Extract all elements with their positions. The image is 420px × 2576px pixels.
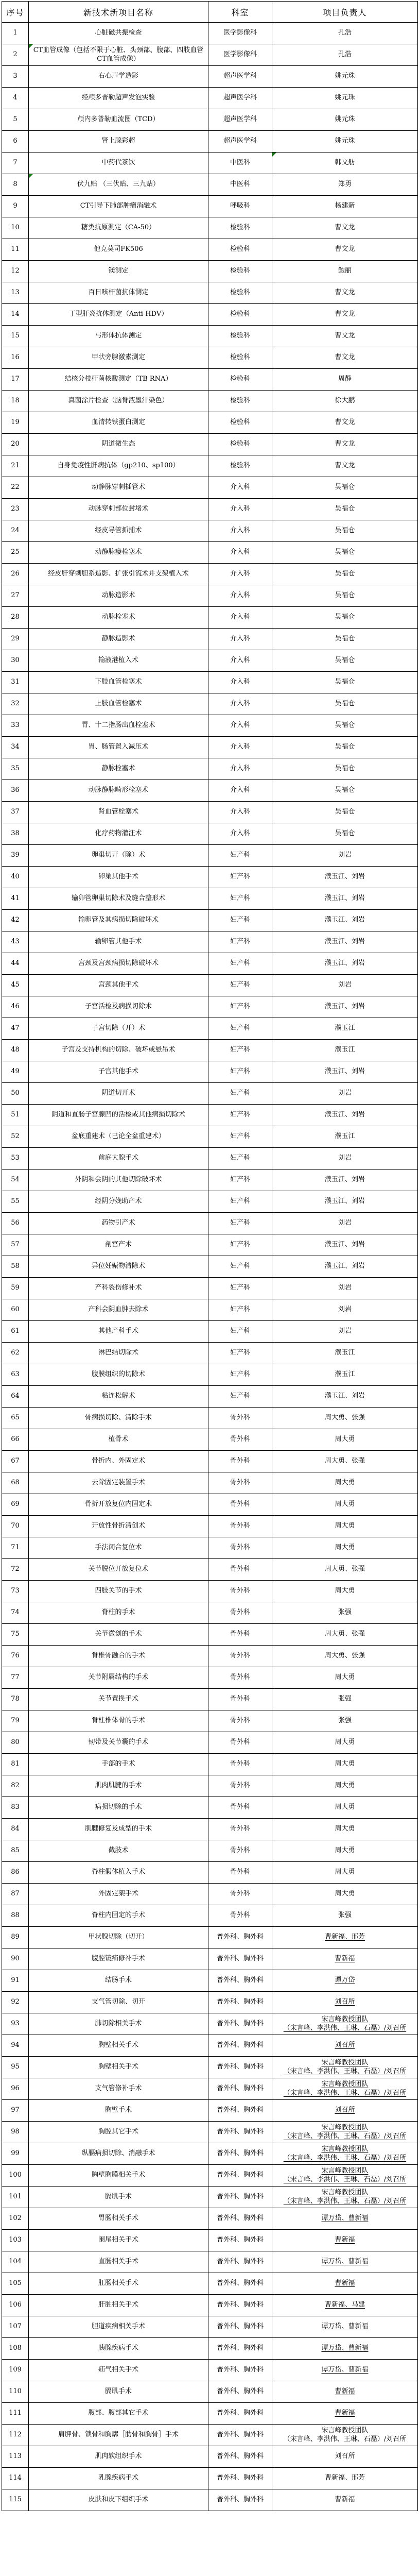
leader-cell: 周大勇、张强 <box>272 1646 418 1667</box>
leader-cell: 杨建新 <box>272 196 418 217</box>
project-name-cell: 手部的手术 <box>29 1754 208 1775</box>
leader-cell: 曹文龙 <box>272 455 418 477</box>
department-cell: 普外科、胸外科 <box>208 2446 272 2468</box>
leader-cell: 吴福仓 <box>272 499 418 520</box>
project-name-cell: 胸腔其它手术 <box>29 2122 208 2143</box>
leader-cell: 刘岩 <box>272 1213 418 1234</box>
leader-cell: 吴福仓 <box>272 542 418 564</box>
leader-cell: 刘召所 <box>272 1992 418 2013</box>
department-cell: 普外科、胸外科 <box>208 2316 272 2338</box>
leader-cell: 周静 <box>272 369 418 391</box>
table-row: 61其他产科手术妇产科刘岩 <box>2 1321 418 1343</box>
department-cell: 骨外科 <box>208 1537 272 1559</box>
table-row: 8伏九贴 （三伏贴、三九贴）中医科郑勇 <box>2 174 418 196</box>
row-index-cell: 2 <box>2 44 29 66</box>
project-name-cell: 右心声学造影 <box>29 66 208 88</box>
project-name-cell: 腹部、腹部其它手术 <box>29 2403 208 2425</box>
department-cell: 妇产科 <box>208 996 272 1018</box>
row-index-cell: 32 <box>2 693 29 715</box>
row-index-cell: 14 <box>2 304 29 326</box>
leader-cell: 韩文舫 <box>272 152 418 174</box>
table-row: 97胸壁手术普外科、胸外科刘召所 <box>2 2100 418 2122</box>
department-cell: 妇产科 <box>208 910 272 931</box>
project-name-cell: 动脉造影术 <box>29 585 208 607</box>
leader-cell: 吴福仓 <box>272 607 418 629</box>
project-name-cell: 阴道微生态 <box>29 434 208 455</box>
project-name-cell: 肾上腺彩超 <box>29 131 208 152</box>
row-index-cell: 73 <box>2 1581 29 1602</box>
leader-cell: 谭万岱、曹新福 <box>272 2251 418 2273</box>
leader-cell: 谭万岱、曹新福 <box>272 2360 418 2381</box>
table-body: 1心脏磁共振检查医学影像科孔浩2CT血管成像（包括不限于心脏、头颈部、腹部、四肢… <box>2 23 418 2511</box>
leader-cell: 曹新福 <box>272 2273 418 2295</box>
leader-cell: 周大勇 <box>272 1429 418 1451</box>
leader-cell: 姚元珠 <box>272 66 418 88</box>
table-row: 16甲状旁腺激素测定检验科曹文龙 <box>2 347 418 369</box>
department-cell: 普外科、胸外科 <box>208 2013 272 2035</box>
table-row: 113肌肉软组织手术普外科、胸外科刘召所 <box>2 2446 418 2468</box>
cell-comment-marker-icon <box>29 44 33 48</box>
table-row: 98胸腔其它手术普外科、胸外科宋言峰教授团队 （宋言峰、李洪伟、王琳、石磊）/刘… <box>2 2122 418 2143</box>
department-cell: 骨外科 <box>208 1581 272 1602</box>
table-row: 3右心声学造影超声医学科姚元珠 <box>2 66 418 88</box>
table-row: 2CT血管成像（包括不限于心脏、头颈部、腹部、四肢血管CT血管成像）医学影像科孔… <box>2 44 418 66</box>
department-cell: 妇产科 <box>208 1018 272 1040</box>
leader-cell: 濮玉江 <box>272 1018 418 1040</box>
project-name-cell: 肛肠相关手术 <box>29 2273 208 2295</box>
row-index-cell: 28 <box>2 607 29 629</box>
department-cell: 骨外科 <box>208 1797 272 1819</box>
project-name-cell: 心脏磁共振检查 <box>29 23 208 44</box>
project-name-cell: 肌肉肌腱的手术 <box>29 1775 208 1797</box>
row-index-cell: 25 <box>2 542 29 564</box>
leader-cell: 曹新福、邢芳 <box>272 2468 418 2489</box>
project-name-cell: 胃、肠管置入减压术 <box>29 737 208 758</box>
row-index-cell: 6 <box>2 131 29 152</box>
table-row: 64粘连松解术妇产科濮玉江、刘岩 <box>2 1386 418 1408</box>
department-cell: 普外科、胸外科 <box>208 2143 272 2165</box>
project-name-cell: 淋巴结切除术 <box>29 1343 208 1364</box>
project-name-cell: 动脉栓塞术 <box>29 607 208 629</box>
table-row: 21自身免疫性肝病抗体（gp210、sp100）检验科曹文龙 <box>2 455 418 477</box>
department-cell: 骨外科 <box>208 1710 272 1732</box>
leader-cell: 曹文龙 <box>272 239 418 261</box>
project-name-cell: 肝脏相关手术 <box>29 2295 208 2316</box>
leader-cell: 曹新福 <box>272 2381 418 2403</box>
table-row: 99纵膈病损切除、消融手术普外科、胸外科宋言峰教授团队 （宋言峰、李洪伟、王琳、… <box>2 2143 418 2165</box>
row-index-cell: 12 <box>2 261 29 282</box>
table-row: 22动静脉穿刺插管术介入科吴福仓 <box>2 477 418 499</box>
department-cell: 骨外科 <box>208 1559 272 1581</box>
table-row: 52盆底重建术（已论全盆重建术）妇产科濮玉江 <box>2 1126 418 1148</box>
header-leader: 项目负责人 <box>272 2 418 23</box>
department-cell: 妇产科 <box>208 1170 272 1191</box>
project-name-cell: 输液港植入术 <box>29 650 208 672</box>
project-name-cell: 动脉静脉畸形栓塞术 <box>29 780 208 802</box>
row-index-cell: 107 <box>2 2316 29 2338</box>
row-index-cell: 30 <box>2 650 29 672</box>
project-name-cell: 阴道切开术 <box>29 1083 208 1105</box>
row-index-cell: 113 <box>2 2446 29 2468</box>
project-name-cell: 膈肌手术 <box>29 2187 208 2208</box>
project-name-cell: 甲状腺切除（切开） <box>29 1927 208 1948</box>
leader-cell: 宋言峰教授团队 （宋言峰、李洪伟、王琳、石磊）/刘召所 <box>272 2122 418 2143</box>
row-index-cell: 45 <box>2 975 29 996</box>
project-name-cell: 输卵管其他手术 <box>29 931 208 953</box>
table-row: 90腹腔镜疝修补手术普外科、胸外科曹新福 <box>2 1948 418 1970</box>
table-row: 67骨折内、外固定术骨外科周大勇、张强 <box>2 1451 418 1472</box>
leader-cell: 曹新福、邢芳 <box>272 1927 418 1948</box>
row-index-cell: 72 <box>2 1559 29 1581</box>
project-name-cell: 粘连松解术 <box>29 1386 208 1408</box>
table-row: 14丁型肝炎抗体测定（Anti-HDV）检验科曹文龙 <box>2 304 418 326</box>
department-cell: 妇产科 <box>208 1191 272 1213</box>
project-name-cell: 动脉穿刺部位封堵术 <box>29 499 208 520</box>
department-cell: 骨外科 <box>208 1775 272 1797</box>
leader-cell: 吴福仓 <box>272 672 418 693</box>
project-name-cell: 伏九贴 （三伏贴、三九贴） <box>29 174 208 196</box>
row-index-cell: 37 <box>2 802 29 823</box>
project-name-cell: 宫颈其他手术 <box>29 975 208 996</box>
leader-cell: 孔浩 <box>272 23 418 44</box>
department-cell: 介入科 <box>208 693 272 715</box>
leader-cell: 吴福仓 <box>272 585 418 607</box>
row-index-cell: 99 <box>2 2143 29 2165</box>
project-name-cell: 膈肌手术 <box>29 2381 208 2403</box>
leader-cell: 吴福仓 <box>272 780 418 802</box>
row-index-cell: 112 <box>2 2425 29 2446</box>
project-name-cell: 经阴分娩助产术 <box>29 1191 208 1213</box>
row-index-cell: 48 <box>2 1040 29 1061</box>
department-cell: 骨外科 <box>208 1754 272 1775</box>
department-cell: 介入科 <box>208 585 272 607</box>
table-row: 84肌腱修复及成型的手术骨外科周大勇 <box>2 1819 418 1840</box>
table-row: 37肾血管栓塞术介入科吴福仓 <box>2 802 418 823</box>
table-row: 42输卵管及其病损切除破坏术妇产科濮玉江、刘岩 <box>2 910 418 931</box>
department-cell: 骨外科 <box>208 1429 272 1451</box>
row-index-cell: 87 <box>2 1884 29 1905</box>
row-index-cell: 81 <box>2 1754 29 1775</box>
project-name-cell: 疝气相关手术 <box>29 2360 208 2381</box>
department-cell: 检验科 <box>208 282 272 304</box>
row-index-cell: 60 <box>2 1299 29 1321</box>
project-name-cell: 支气管修补手术 <box>29 2078 208 2100</box>
row-index-cell: 59 <box>2 1278 29 1299</box>
row-index-cell: 41 <box>2 888 29 910</box>
leader-cell: 周大勇 <box>272 1775 418 1797</box>
project-name-cell: 他克莫司FK506 <box>29 239 208 261</box>
department-cell: 妇产科 <box>208 1105 272 1126</box>
row-index-cell: 66 <box>2 1429 29 1451</box>
table-row: 85截肢术骨外科周大勇 <box>2 1840 418 1862</box>
leader-cell: 周大勇、张强 <box>272 1408 418 1429</box>
leader-cell: 宋言峰教授团队 （宋言峰、李洪伟、王琳、石磊）/刘召所 <box>272 2078 418 2100</box>
row-index-cell: 97 <box>2 2100 29 2122</box>
leader-cell: 吴福仓 <box>272 802 418 823</box>
table-row: 68去除固定装置手术骨外科周大勇 <box>2 1472 418 1494</box>
leader-cell: 濮玉江、刘岩 <box>272 953 418 975</box>
department-cell: 妇产科 <box>208 1343 272 1364</box>
row-index-cell: 63 <box>2 1364 29 1386</box>
department-cell: 骨外科 <box>208 1732 272 1754</box>
leader-cell: 周大勇 <box>272 1494 418 1516</box>
row-index-cell: 79 <box>2 1710 29 1732</box>
table-row: 87外固定架手术骨外科周大勇 <box>2 1884 418 1905</box>
project-name-cell: 病损切除的手术 <box>29 1797 208 1819</box>
project-name-cell: 经皮肝穿刺胆系造影、扩张引流术并支架植入术 <box>29 564 208 585</box>
project-name-cell: 肩胛骨、锁骨和胸廓［肋骨和胸骨］手术 <box>29 2425 208 2446</box>
leader-cell: 刘召所 <box>272 2035 418 2057</box>
row-index-cell: 91 <box>2 1970 29 1992</box>
row-index-cell: 82 <box>2 1775 29 1797</box>
table-row: 44宫颈及宫颈病损切除破坏术妇产科濮玉江、刘岩 <box>2 953 418 975</box>
project-name-cell: 糖类抗原测定（CA-50） <box>29 217 208 239</box>
project-name-cell: 骨病损切除、清除手术 <box>29 1408 208 1429</box>
table-row: 73四肢关节的手术骨外科周大勇 <box>2 1581 418 1602</box>
row-index-cell: 39 <box>2 845 29 867</box>
table-row: 6肾上腺彩超超声医学科姚元珠 <box>2 131 418 152</box>
department-cell: 妇产科 <box>208 888 272 910</box>
row-index-cell: 44 <box>2 953 29 975</box>
leader-cell: 濮玉江、刘岩 <box>272 1256 418 1278</box>
project-name-cell: 关节微创的手术 <box>29 1624 208 1646</box>
department-cell: 骨外科 <box>208 1516 272 1537</box>
table-row: 95胸壁相关手术普外科、胸外科宋言峰教授团队 （宋言峰、李洪伟、王琳、石磊）/刘… <box>2 2057 418 2078</box>
row-index-cell: 11 <box>2 239 29 261</box>
project-name-cell: 腹腔镜疝修补手术 <box>29 1948 208 1970</box>
leader-cell: 宋言峰教授团队 （宋言峰、李洪伟、王琳、石磊）/刘召所 <box>272 2187 418 2208</box>
department-cell: 骨外科 <box>208 1494 272 1516</box>
department-cell: 妇产科 <box>208 1278 272 1299</box>
project-name-cell: 子宫切除（开）术 <box>29 1018 208 1040</box>
header-department: 科室 <box>208 2 272 23</box>
leader-cell: 刘岩 <box>272 1299 418 1321</box>
row-index-cell: 24 <box>2 520 29 542</box>
leader-cell: 刘岩 <box>272 975 418 996</box>
leader-cell: 周大勇、张强 <box>272 1559 418 1581</box>
project-name-cell: 丁型肝炎抗体测定（Anti-HDV） <box>29 304 208 326</box>
project-name-cell: 胰腺疾病手术 <box>29 2338 208 2360</box>
table-row: 39卵巢切开（除）术妇产科刘岩 <box>2 845 418 867</box>
project-name-cell: 血清转铁蛋白测定 <box>29 412 208 434</box>
department-cell: 检验科 <box>208 326 272 347</box>
department-cell: 骨外科 <box>208 1667 272 1689</box>
leader-cell: 吴福仓 <box>272 520 418 542</box>
row-index-cell: 69 <box>2 1494 29 1516</box>
project-name-cell: 静脉栓塞术 <box>29 758 208 780</box>
row-index-cell: 92 <box>2 1992 29 2013</box>
department-cell: 普外科、胸外科 <box>208 2100 272 2122</box>
row-index-cell: 90 <box>2 1948 29 1970</box>
leader-cell: 吴福仓 <box>272 629 418 650</box>
leader-cell: 鲍丽 <box>272 261 418 282</box>
project-name-cell: 骨折内、外固定术 <box>29 1451 208 1472</box>
table-row: 109疝气相关手术普外科、胸外科谭万岱、曹新福 <box>2 2360 418 2381</box>
department-cell: 普外科、胸外科 <box>208 2273 272 2295</box>
leader-cell: 周大勇 <box>272 1472 418 1494</box>
leader-cell: 曹文龙 <box>272 217 418 239</box>
table-row: 13百日咳杆菌抗体测定检验科曹文龙 <box>2 282 418 304</box>
leader-cell: 姚元珠 <box>272 131 418 152</box>
table-row: 40卵巢其他手术妇产科濮玉江、刘岩 <box>2 867 418 888</box>
project-name-cell: 镁测定 <box>29 261 208 282</box>
table-row: 79脊柱椎体骨的手术骨外科张强 <box>2 1710 418 1732</box>
table-row: 76脊椎骨融合的手术骨外科周大勇、张强 <box>2 1646 418 1667</box>
row-index-cell: 96 <box>2 2078 29 2100</box>
project-name-cell: 植骨术 <box>29 1429 208 1451</box>
row-index-cell: 3 <box>2 66 29 88</box>
leader-cell: 刘岩 <box>272 1278 418 1299</box>
department-cell: 介入科 <box>208 780 272 802</box>
leader-cell: 吴福仓 <box>272 693 418 715</box>
row-index-cell: 16 <box>2 347 29 369</box>
table-row: 91结肠手术普外科、胸外科谭万岱 <box>2 1970 418 1992</box>
department-cell: 医学影像科 <box>208 44 272 66</box>
leader-cell: 周大勇 <box>272 1819 418 1840</box>
row-index-cell: 36 <box>2 780 29 802</box>
project-name-cell: 关节置换手术 <box>29 1689 208 1710</box>
table-row: 35静脉栓塞术介入科吴福仓 <box>2 758 418 780</box>
table-row: 80韧带及关节囊的手术骨外科周大勇 <box>2 1732 418 1754</box>
row-index-cell: 31 <box>2 672 29 693</box>
project-name-cell: 子宫及支持机构的切除、破坏或悬吊术 <box>29 1040 208 1061</box>
row-index-cell: 102 <box>2 2208 29 2230</box>
table-row: 115皮肤和皮下组织手术普外科、胸外科曹新福 <box>2 2489 418 2511</box>
row-index-cell: 4 <box>2 88 29 109</box>
table-row: 100胸壁胸膜相关手术普外科、胸外科宋言峰教授团队 （宋言峰、李洪伟、王琳、石磊… <box>2 2165 418 2187</box>
leader-cell: 刘岩 <box>272 1148 418 1170</box>
project-name-cell: 纵膈病损切除、消融手术 <box>29 2143 208 2165</box>
table-row: 48子宫及支持机构的切除、破坏或悬吊术妇产科濮玉江 <box>2 1040 418 1061</box>
department-cell: 介入科 <box>208 823 272 845</box>
table-row: 47子宫切除（开）术妇产科濮玉江 <box>2 1018 418 1040</box>
department-cell: 介入科 <box>208 737 272 758</box>
row-index-cell: 78 <box>2 1689 29 1710</box>
row-index-cell: 64 <box>2 1386 29 1408</box>
row-index-cell: 55 <box>2 1191 29 1213</box>
leader-cell: 濮玉江 <box>272 1343 418 1364</box>
table-row: 24经皮导管抓捕术介入科吴福仓 <box>2 520 418 542</box>
project-name-cell: 脊柱的手术 <box>29 1602 208 1624</box>
row-index-cell: 95 <box>2 2057 29 2078</box>
leader-cell: 张强 <box>272 1905 418 1927</box>
department-cell: 检验科 <box>208 217 272 239</box>
leader-cell: 曹新福 <box>272 2489 418 2511</box>
department-cell: 妇产科 <box>208 975 272 996</box>
department-cell: 妇产科 <box>208 1256 272 1278</box>
table-row: 107胆道疾病相关手术普外科、胸外科谭万岱、曹新福 <box>2 2316 418 2338</box>
department-cell: 妇产科 <box>208 867 272 888</box>
project-name-cell: 皮肤和皮下组织手术 <box>29 2489 208 2511</box>
leader-cell: 谭万岱、曹新福 <box>272 2338 418 2360</box>
table-row: 4经颅多普勒超声发泡实验超声医学科姚元珠 <box>2 88 418 109</box>
row-index-cell: 23 <box>2 499 29 520</box>
table-row: 38化疗药物灌注术介入科吴福仓 <box>2 823 418 845</box>
table-row: 57剖宫产术妇产科濮玉江、刘岩 <box>2 1234 418 1256</box>
row-index-cell: 18 <box>2 391 29 412</box>
table-row: 69骨折开放复位内固定术骨外科周大勇 <box>2 1494 418 1516</box>
row-index-cell: 26 <box>2 564 29 585</box>
table-row: 94胸壁相关手术普外科、胸外科刘召所 <box>2 2035 418 2057</box>
project-name-cell: 化疗药物灌注术 <box>29 823 208 845</box>
department-cell: 普外科、胸外科 <box>208 2468 272 2489</box>
table-row: 63腹膜组织的切除术妇产科濮玉江 <box>2 1364 418 1386</box>
department-cell: 骨外科 <box>208 1451 272 1472</box>
leader-cell: 曹新福 <box>272 2403 418 2425</box>
table-row: 27动脉造影术介入科吴福仓 <box>2 585 418 607</box>
leader-cell: 周大勇 <box>272 1840 418 1862</box>
project-name-cell: 直肠相关手术 <box>29 2251 208 2273</box>
department-cell: 普外科、胸外科 <box>208 2057 272 2078</box>
project-name-cell: 产科裂伤修补术 <box>29 1278 208 1299</box>
project-name-cell: 肌肉软组织手术 <box>29 2446 208 2468</box>
department-cell: 普外科、胸外科 <box>208 1948 272 1970</box>
project-name-cell: 经颅多普勒超声发泡实验 <box>29 88 208 109</box>
table-row: 5颅内多普勒血流图（TCD）超声医学科姚元珠 <box>2 109 418 131</box>
project-name-cell: 动静脉瘘栓塞术 <box>29 542 208 564</box>
project-name-cell: 肌腱修复及成型的手术 <box>29 1819 208 1840</box>
row-index-cell: 108 <box>2 2338 29 2360</box>
project-name-cell: 外阴和会阴的其他切除破坏术 <box>29 1170 208 1191</box>
table-row: 104直肠相关手术普外科、胸外科谭万岱、曹新福 <box>2 2251 418 2273</box>
table-row: 12镁测定检验科鲍丽 <box>2 261 418 282</box>
row-index-cell: 20 <box>2 434 29 455</box>
table-row: 10糖类抗原测定（CA-50）检验科曹文龙 <box>2 217 418 239</box>
project-name-cell: 药物引产术 <box>29 1213 208 1234</box>
row-index-cell: 101 <box>2 2187 29 2208</box>
table-row: 26经皮肝穿刺胆系造影、扩张引流术并支架植入术介入科吴福仓 <box>2 564 418 585</box>
table-row: 19血清转铁蛋白测定检验科曹文龙 <box>2 412 418 434</box>
project-name-cell: 胃、十二指肠出血栓塞术 <box>29 715 208 737</box>
project-name-cell: 外固定架手术 <box>29 1884 208 1905</box>
row-index-cell: 84 <box>2 1819 29 1840</box>
department-cell: 超声医学科 <box>208 66 272 88</box>
row-index-cell: 34 <box>2 737 29 758</box>
project-name-cell: 结肠手术 <box>29 1970 208 1992</box>
table-row: 86脊柱假体植入手术骨外科周大勇 <box>2 1862 418 1884</box>
table-row: 18真菌涂片检查（脑脊液墨汁染色）检验科徐大鹏 <box>2 391 418 412</box>
department-cell: 骨外科 <box>208 1624 272 1646</box>
row-index-cell: 56 <box>2 1213 29 1234</box>
project-name-cell: 静脉造影术 <box>29 629 208 650</box>
leader-cell: 刘召所 <box>272 2446 418 2468</box>
project-name-cell: 下肢血管栓塞术 <box>29 672 208 693</box>
new-projects-table: 序号 新技术新项目名称 科室 项目负责人 1心脏磁共振检查医学影像科孔浩2CT血… <box>2 1 418 2511</box>
leader-cell: 吴福仓 <box>272 650 418 672</box>
table-row: 72关节脱位开放复位术骨外科周大勇、张强 <box>2 1559 418 1581</box>
project-name-cell: 韧带及关节囊的手术 <box>29 1732 208 1754</box>
project-name-cell: 子宫其他手术 <box>29 1061 208 1083</box>
leader-cell: 宋言峰教授团队 （宋言峰、李洪伟、王琳、石磊）/刘召所 <box>272 2425 418 2446</box>
leader-cell: 濮玉江、刘岩 <box>272 1386 418 1408</box>
row-index-cell: 35 <box>2 758 29 780</box>
department-cell: 妇产科 <box>208 1364 272 1386</box>
table-row: 66植骨术骨外科周大勇 <box>2 1429 418 1451</box>
leader-cell: 谭万岱、曹新福 <box>272 2316 418 2338</box>
row-index-cell: 46 <box>2 996 29 1018</box>
row-index-cell: 98 <box>2 2122 29 2143</box>
project-name-cell: 乳腺疾病手术 <box>29 2468 208 2489</box>
row-index-cell: 15 <box>2 326 29 347</box>
table-row: 53前庭大腺手术妇产科刘岩 <box>2 1148 418 1170</box>
project-name-cell: 输卵管卵巢切除术及缝合整形术 <box>29 888 208 910</box>
department-cell: 普外科、胸外科 <box>208 2251 272 2273</box>
department-cell: 普外科、胸外科 <box>208 2165 272 2187</box>
department-cell: 介入科 <box>208 758 272 780</box>
table-row: 34胃、肠管置入减压术介入科吴福仓 <box>2 737 418 758</box>
project-name-cell: 宫颈及宫颈病损切除破坏术 <box>29 953 208 975</box>
project-name-cell: 肾血管栓塞术 <box>29 802 208 823</box>
